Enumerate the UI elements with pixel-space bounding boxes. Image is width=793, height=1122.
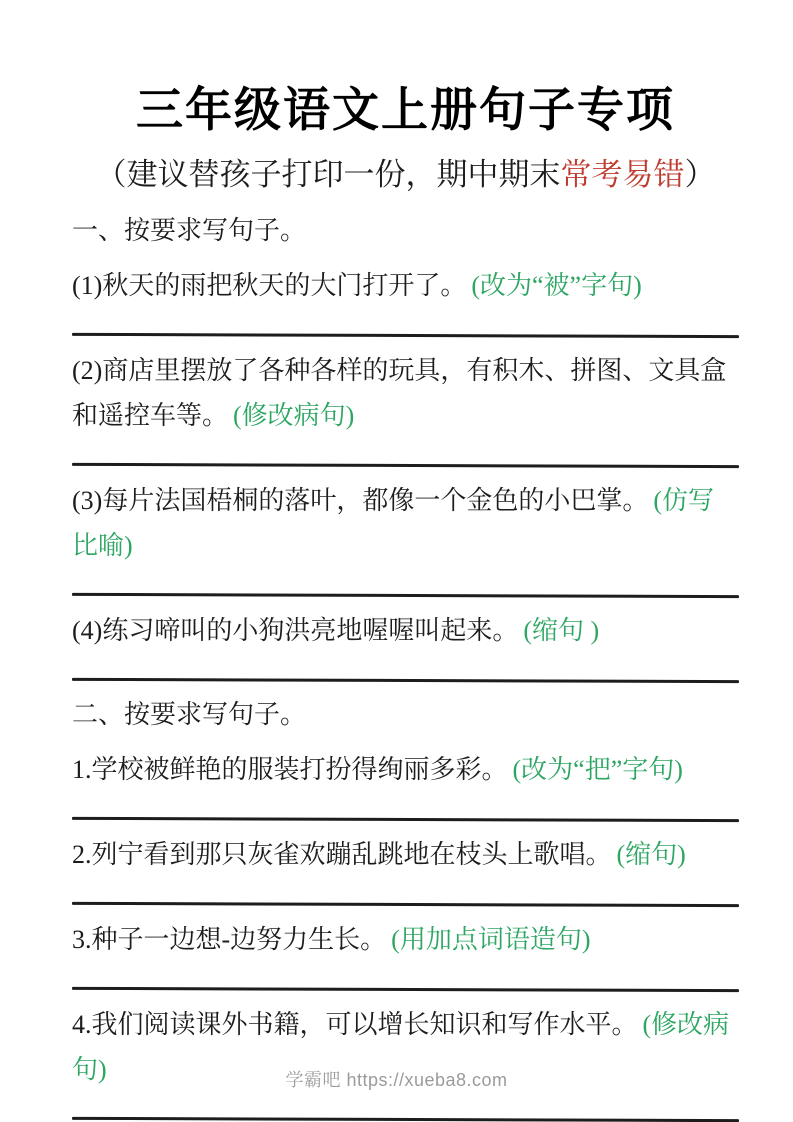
question-text: 3.种子一边想-边努力生长。 xyxy=(72,925,386,954)
instruction-hint: (缩句) xyxy=(617,840,686,869)
question-text: 4.我们阅读课外书籍，可以增长知识和写作水平。 xyxy=(72,1010,638,1039)
exercise-item-1-3: (3)每片法国梧桐的落叶，都像一个金色的小巴掌。(仿写比喻) xyxy=(72,478,739,568)
question-text: (1)秋天的雨把秋天的大门打开了。 xyxy=(72,271,466,300)
exercise-item-1-2: (2)商店里摆放了各种各样的玩具，有积木、拼图、文具盒和遥控车等。(修改病句) xyxy=(72,348,739,438)
instruction-hint: (改为“被”字句) xyxy=(471,271,641,300)
question-text: 2.列宁看到那只灰雀欢蹦乱跳地在枝头上歌唱。 xyxy=(72,840,612,869)
answer-line xyxy=(72,593,739,598)
instruction-hint: (修改病句) xyxy=(233,401,354,430)
answer-line xyxy=(72,678,739,683)
section-heading-1: 一、按要求写句子。 xyxy=(72,210,739,252)
instruction-hint: (缩句 ) xyxy=(523,616,599,645)
footer-watermark: 学霸吧 https://xueba8.com xyxy=(0,1066,793,1092)
answer-line xyxy=(72,902,739,907)
exercise-item-2-3: 3.种子一边想-边努力生长。(用加点词语造句) xyxy=(72,917,739,962)
page-subtitle: （建议替孩子打印一份，期中期末常考易错） xyxy=(72,152,739,198)
page-title: 三年级语文上册句子专项 xyxy=(72,82,739,138)
section-heading-2: 二、按要求写句子。 xyxy=(72,694,739,736)
answer-line xyxy=(72,463,739,468)
answer-line xyxy=(72,1117,739,1122)
exercise-item-2-1: 1.学校被鲜艳的服装打扮得绚丽多彩。(改为“把”字句) xyxy=(72,747,739,792)
question-text: (3)每片法国梧桐的落叶，都像一个金色的小巴掌。 xyxy=(72,486,648,515)
question-text: 1.学校被鲜艳的服装打扮得绚丽多彩。 xyxy=(72,755,508,784)
exercise-item-1-4: (4)练习啼叫的小狗洪亮地喔喔叫起来。(缩句 ) xyxy=(72,608,739,653)
question-text: (2)商店里摆放了各种各样的玩具，有积木、拼图、文具盒和遥控车等。 xyxy=(72,356,726,430)
exercise-item-2-2: 2.列宁看到那只灰雀欢蹦乱跳地在枝头上歌唱。(缩句) xyxy=(72,832,739,877)
exercise-item-1-1: (1)秋天的雨把秋天的大门打开了。(改为“被”字句) xyxy=(72,263,739,308)
question-text: (4)练习啼叫的小狗洪亮地喔喔叫起来。 xyxy=(72,616,518,645)
answer-line xyxy=(72,333,739,338)
instruction-hint: (改为“把”字句) xyxy=(513,755,683,784)
instruction-hint: (用加点词语造句) xyxy=(391,925,590,954)
subtitle-prefix: （建议替孩子打印一份，期中期末 xyxy=(96,157,561,192)
subtitle-suffix: ） xyxy=(685,157,716,192)
worksheet-page: 三年级语文上册句子专项 （建议替孩子打印一份，期中期末常考易错） 一、按要求写句… xyxy=(0,0,793,1121)
subtitle-highlight-red: 常考易错 xyxy=(561,157,685,192)
answer-line xyxy=(72,817,739,822)
answer-line xyxy=(72,987,739,992)
